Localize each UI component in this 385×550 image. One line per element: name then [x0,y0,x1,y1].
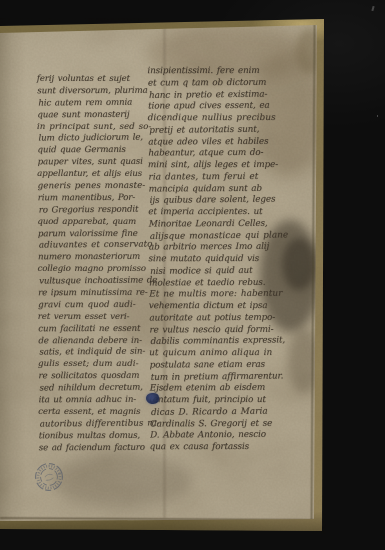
manuscript-text-line: qua ex causa fortassis [150,442,310,454]
manuscript-text-line: quid quae Germanis [37,145,147,157]
text-column-left: ferij voluntas et sujetsunt diversorum, … [37,74,149,455]
manuscript-text-line: re ipsum minutissima re- [38,288,148,300]
manuscript-text-line: tionibus multas domus, [39,430,149,442]
manuscript-text-line: dicendique nullius precibus [148,113,308,125]
manuscript-text-line: rium manentibus, Por- [38,193,148,205]
photo-backdrop: ferij voluntas et sujetsunt diversorum, … [0,0,385,550]
manuscript-text-line: Cardinalis S. Gregorij et se [150,418,310,431]
ink-blot [146,393,159,404]
manuscript-text-line: dicas D. Ricardo a Maria [151,406,311,420]
manuscript-text-line: sunt diversorum, plurima [37,86,147,98]
manuscript-text-line: quae sunt monasterij [37,109,147,121]
manuscript-text-line: postulata sane etiam eras [150,359,310,372]
manuscript-text-line: habeantur, atque cum do- [148,148,308,161]
manuscript-text-line: et cum q tam ob dictorum [148,77,308,90]
manuscript-text-line: certa essent, et magnis [38,407,148,419]
manuscript-text-line: re sollicitatos quosdam [38,371,148,383]
manuscript-text-line: ret verum esset veri- [38,312,148,324]
manuscript-text-line: ita ut omnia adhuc in- [39,395,149,407]
manuscript-text-line: gravi cum quod audi- [38,300,148,312]
manuscript-text-line: insipientissimi. fere enim [147,66,307,78]
manuscript-text-line: numero monasteriorum [38,252,148,264]
dust-speck [377,115,378,117]
manuscript-text-line: ijs quibus dare solent, leges [150,194,310,208]
manuscript-text-line: molestiae et taedio rebus. [149,277,309,290]
parchment-stain [52,452,192,508]
library-stamp-icon [31,459,67,495]
manuscript-text-line: autoribus differentibus ra- [40,418,150,431]
manuscript-text-line: pretij et autoritatis sunt, [149,124,309,138]
manuscript-text-line: cum facilitati ne essent [38,323,148,335]
manuscript-text-line: ab arbitrio merces Imo alij [149,242,309,255]
manuscript-text-line: vultusque inchoatissime de [39,276,149,289]
manuscript-text-line: autoritate aut potius tempo- [149,312,309,325]
manuscript-text-line: Minoritae Leonardi Celles, [149,218,309,231]
manuscript-text-line: vehementia dictum et ipsa [149,301,309,313]
manuscript-text-line: sine mutato quidquid vis [148,254,308,266]
manuscript-text-line: ut quicum animo aliqua in [149,348,309,360]
manuscript-text-line: tentatum fuit, principio ut [149,395,309,407]
manuscript-text-line: alijsque monasticae qui plane [150,230,310,244]
manuscript-text-line: quod apparebat, quam [37,217,147,229]
manuscript-text-line: dabilis comminantis expressit, [150,335,310,349]
manuscript-text-line: mini sint, alijs leges et impe- [148,160,308,172]
text-column-right: insipientissimi. fere enimet cum q tam o… [148,66,310,455]
manuscript-text-line: atque adeo viles et habiles [148,136,308,149]
manuscript-text-line: ferij voluntas et sujet [37,74,147,86]
manuscript-text-line: tione apud cives essent, ea [148,101,308,114]
dust-speck [371,6,374,11]
manuscript-text-line: hanc in pretio et existima- [149,89,309,103]
manuscript-text-line: gulis esset; dum audi- [38,359,148,371]
manuscript-text-line: satis, et indiquid de sin- [39,347,149,360]
manuscript-text-line: ro Gregorius respondit [39,204,149,217]
manuscript-text-line: nisi modice si quid aut [150,265,310,279]
manuscript-text-line: lum dicto judiciorum le, [38,133,148,146]
manuscript-text-line: tum in pretium affirmarentur. [151,371,311,385]
manuscript-text-line: Ejsdem etenim ab eisdem [150,383,310,396]
manuscript-text-line: collegio magno promisso [38,264,148,276]
manuscript-text-line: ria dantes, tum ferui et [148,171,308,184]
manuscript-text-line: generis penes monaste- [38,181,148,193]
manuscript-page: ferij voluntas et sujetsunt diversorum, … [0,0,385,550]
manuscript-text-line: et imperia accipientes. ut [148,207,308,219]
manuscript-text-line: sed nihildum decretum, [39,383,149,396]
manuscript-text-line: D. Abbate Antonio, nescio [150,430,310,443]
manuscript-text-line: adiuvantes et conservato [39,240,149,253]
manuscript-text-line: pauper vites, sunt quasi [38,157,148,169]
manuscript-text-line: appellantur, et alijs eius [37,169,147,181]
manuscript-text-line: se ad faciendum facturo [39,442,149,454]
manuscript-text-line: Et ne multis more: habentur [149,289,309,302]
manuscript-text-line: hic autem rem omnia [38,97,148,110]
